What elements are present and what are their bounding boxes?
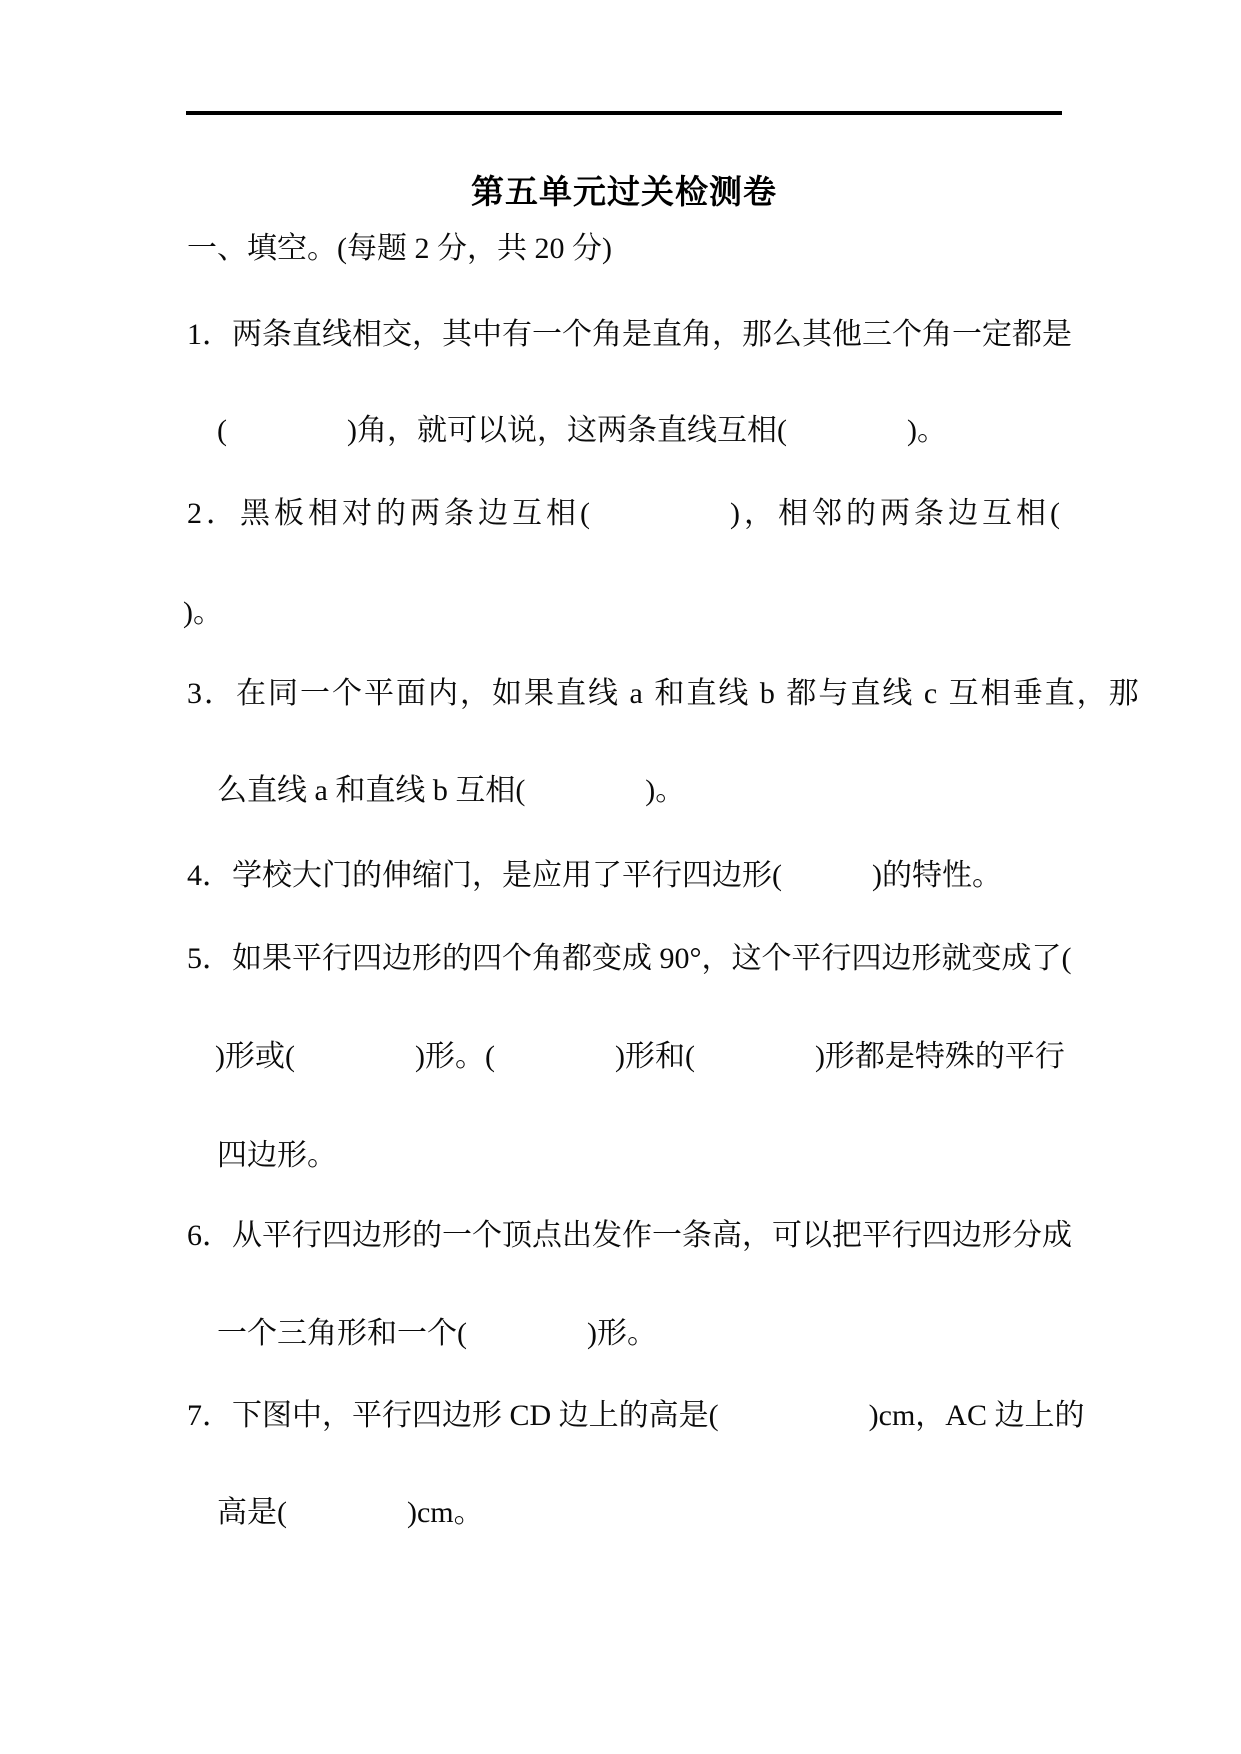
- worksheet-page: 第五单元过关检测卷 一、填空。(每题 2 分，共 20 分) 1．两条直线相交，…: [0, 0, 1241, 1754]
- question-5-line-2: )形或( )形。( )形和( )形都是特殊的平行: [215, 1039, 1065, 1075]
- question-5-line-3: 四边形。: [217, 1138, 337, 1174]
- question-1-line-2: ( )角，就可以说，这两条直线互相( )。: [217, 413, 947, 449]
- document-title: 第五单元过关检测卷: [186, 166, 1062, 213]
- question-4-line-1: 4．学校大门的伸缩门，是应用了平行四边形( )的特性。: [187, 858, 1002, 894]
- question-2-line-1: 2．黑板相对的两条边互相( )，相邻的两条边互相(: [187, 496, 1064, 532]
- question-7-line-1: 7．下图中，平行四边形 CD 边上的高是( )cm，AC 边上的: [187, 1398, 1084, 1434]
- question-6-line-2: 一个三角形和一个( )形。: [217, 1316, 657, 1352]
- question-3-line-1: 3．在同一个平面内，如果直线 a 和直线 b 都与直线 c 互相垂直，那: [187, 676, 1141, 712]
- question-1-line-1: 1．两条直线相交，其中有一个角是直角，那么其他三个角一定都是: [187, 317, 1072, 353]
- question-7-line-2: 高是( )cm。: [217, 1495, 484, 1531]
- question-3-line-2: 么直线 a 和直线 b 互相( )。: [217, 773, 685, 809]
- question-2-line-2: )。: [183, 595, 223, 631]
- section-heading: 一、填空。(每题 2 分，共 20 分): [187, 231, 612, 267]
- question-5-line-1: 5．如果平行四边形的四个角都变成 90°，这个平行四边形就变成了(: [187, 941, 1072, 977]
- question-6-line-1: 6．从平行四边形的一个顶点出发作一条高，可以把平行四边形分成: [187, 1218, 1072, 1254]
- header-rule: [186, 111, 1062, 115]
